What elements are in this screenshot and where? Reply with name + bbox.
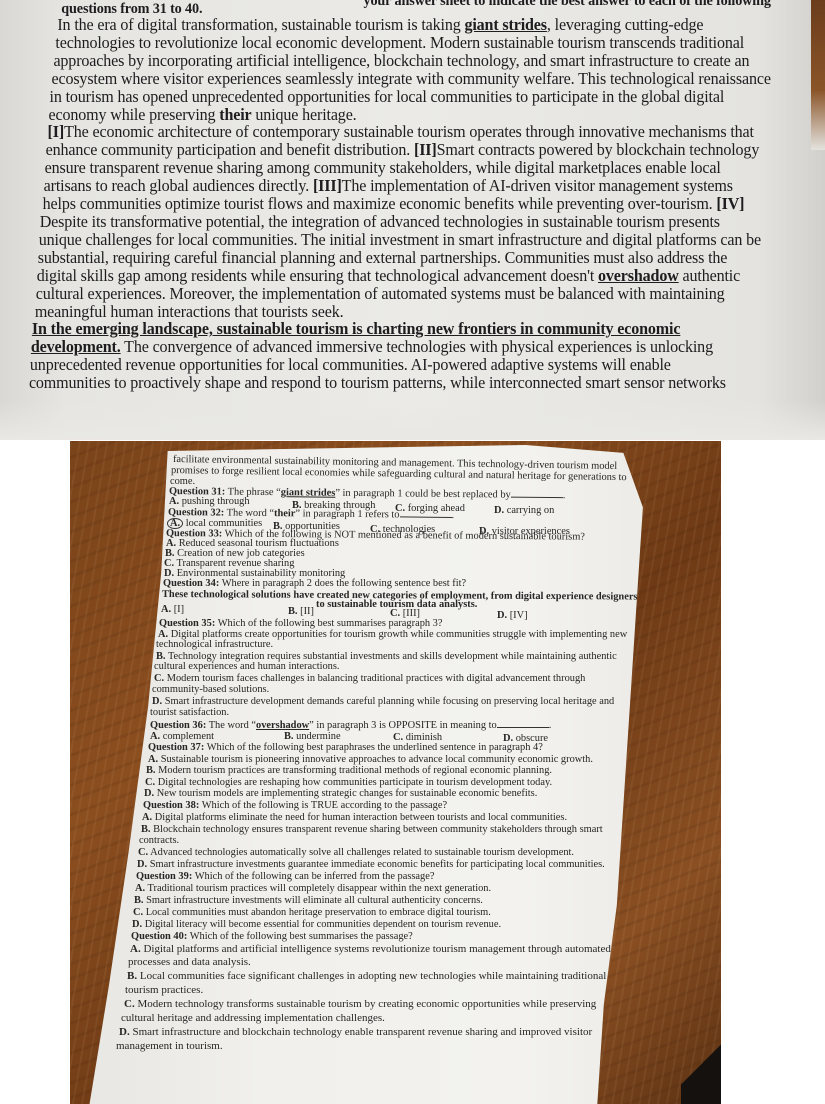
q35-option-c: C. Modern tourism faces challenges in ba… [154,673,585,684]
paragraph-3: Despite its transformative potential, th… [40,213,781,320]
q35-option-d: D. Smart infrastructure development dema… [152,696,614,707]
answer-blank [400,516,452,518]
wood-desk-edge [811,0,825,150]
q34-option-a: A. [I] [161,604,184,615]
q40-option-c: C. Modern technology transforms sustaina… [124,999,596,1010]
bottom-photo-questions: facilitate environmental sustainability … [70,441,721,1104]
q37-option-a: A. Sustainable tourism is pioneering inn… [148,754,593,765]
q38-option-a: A. Digital platforms eliminate the need … [142,812,567,823]
question-40: Question 40: Which of the following best… [131,931,413,942]
question-37: Question 37: Which of the following best… [148,742,543,753]
q39-option-c: C. Local communities must abandon herita… [133,907,491,918]
question-39: Question 39: Which of the following can … [136,871,434,882]
their-word: their [219,105,251,124]
overshadow-word: overshadow [598,266,679,285]
question-35: Question 35: Which of the following best… [159,618,443,629]
q38-option-d: D. Smart infrastructure investments guar… [137,859,605,870]
paragraph-1: In the era of digital transformation, su… [57,16,780,123]
q38-option-c: C. Advanced technologies automatically s… [138,847,574,858]
answer-blank [497,727,549,728]
q31-option-d: D. carrying on [494,505,554,516]
q39-option-b: B. Smart infrastructure investments will… [134,895,483,906]
underlined-sentence-part-2: development. [31,337,121,356]
question-38: Question 38: Which of the following is T… [143,800,447,811]
q39-option-d: D. Digital literacy will become essentia… [132,919,501,930]
instructions-header: questions from 31 to 40. your answer she… [61,0,771,16]
q40-option-d: D. Smart infrastructure and blockchain t… [119,1027,592,1038]
q40-option-b: B. Local communities face significant ch… [127,971,606,982]
q38-option-b: B. Blockchain technology ensures transpa… [141,824,603,835]
q34-option-b: B. [II] [288,606,314,617]
question-36: Question 36: The word “overshadow” in pa… [150,720,551,731]
paragraph-4: In the emerging landscape, sustainable t… [32,320,781,392]
instructions-left: questions from 31 to 40. [61,0,202,16]
page-shadow [0,400,825,440]
q40-option-a: A. Digital platforms and artificial inte… [130,944,611,955]
underlined-sentence-part-1: In the emerging landscape, sustainable t… [32,320,781,338]
giant-strides-phrase: giant strides [464,15,546,34]
marker-II: [II] [414,140,437,159]
question-34: Question 34: Where in paragraph 2 does t… [163,578,466,589]
q37-option-d: D. New tourism models are implementing s… [144,788,537,799]
top-photo-passage: questions from 31 to 40. your answer she… [0,0,825,440]
answer-blank [511,497,563,499]
q31-option-a: A. pushing through [169,496,250,507]
paragraph-2: [I]The economic architecture of contempo… [48,123,781,213]
marker-I: [I] [48,122,65,141]
q36-option-a: A. complement [150,731,214,742]
passage-text: questions from 31 to 40. your answer she… [26,0,781,392]
marker-IV: [IV] [716,194,744,213]
questions-text: facilitate environmental sustainability … [70,441,721,1104]
marker-III: [III] [313,176,342,195]
q36-option-b: B. undermine [284,731,341,742]
q34-option-d: D. [IV] [497,610,528,621]
q37-option-c: C. Digital technologies are reshaping ho… [145,777,552,788]
q37-option-b: B. Modern tourism practices are transfor… [146,765,552,776]
q39-option-a: A. Traditional tourism practices will co… [135,883,491,894]
instructions-right: your answer sheet to indicate the best a… [364,0,771,16]
